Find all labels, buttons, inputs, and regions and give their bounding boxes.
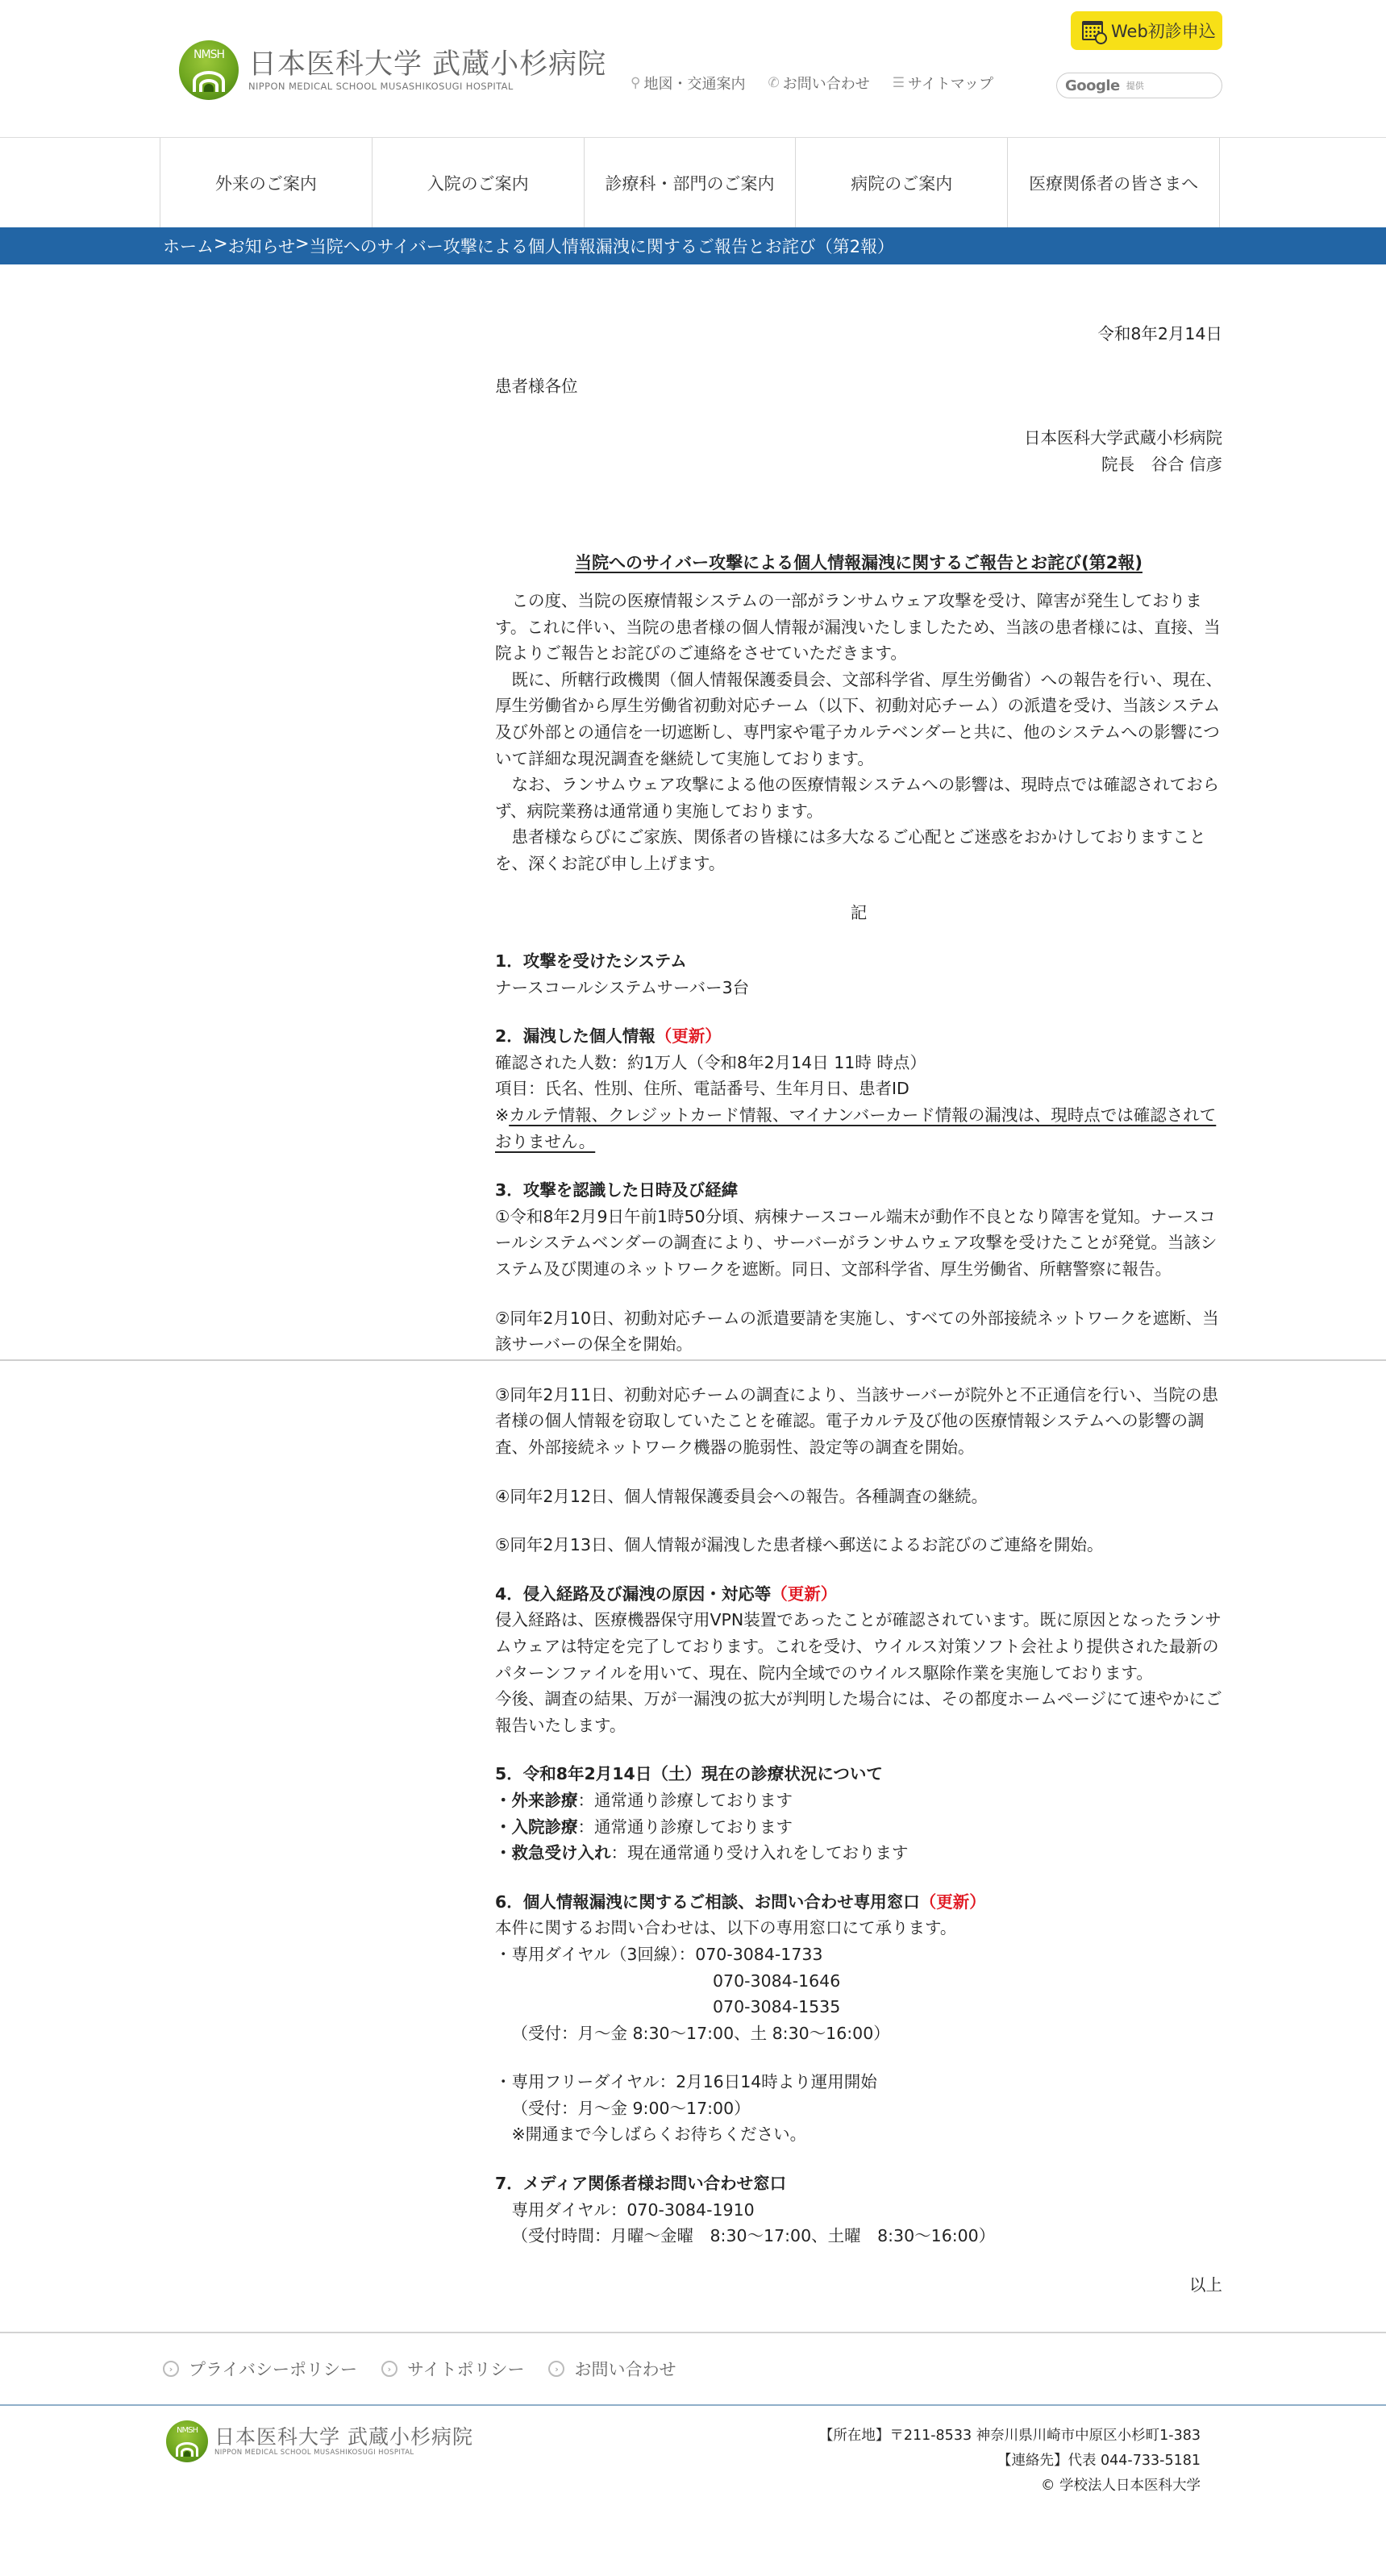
timeline-event: ③同年2月11日、初動対応チームの調査により、当該サーバーが院外と不正通信を行い… [495, 1382, 1222, 1461]
sender-org: 日本医科大学武蔵小杉病院 [495, 425, 1222, 452]
timeline-event: ⑤同年2月13日、個人情報が漏洩した患者様へ郵送によるお詫びのご連絡を開始。 [495, 1532, 1222, 1559]
status-row: ・外来診療：通常通り診療しております [495, 1787, 1222, 1814]
logo-name-en: NIPPON MEDICAL SCHOOL MUSASHIKOSUGI HOSP… [248, 81, 606, 92]
footer-copyright: © 学校法人日本医科大学 [819, 2474, 1201, 2499]
intro-paragraph: 患者様ならびにご家族、関係者の皆様には多大なるご心配とご迷惑をおかけしております… [495, 824, 1222, 876]
dedicated-dial: ・専用ダイヤル（3回線）：070-3084-1733 [495, 1941, 1222, 1968]
notice-content: 令和8年2月14日 患者様各位 日本医科大学武蔵小杉病院 院長 谷合 信彦 当院… [495, 264, 1222, 2298]
closing: 以上 [495, 2272, 1222, 2299]
footer-links: › プライバシーポリシー › サイトポリシー › お問い合わせ [0, 2332, 1386, 2404]
web-first-visit-button[interactable]: Web初診申込 [1071, 11, 1222, 50]
nav-inpatient[interactable]: 入院のご案内 [373, 138, 585, 227]
free-dial: ・専用フリーダイヤル：2月16日14時より運用開始 [495, 2069, 1222, 2095]
site-header: NMSH 日本医科大学 武蔵小杉病院 NIPPON MEDICAL SCHOOL… [0, 0, 1386, 137]
leak-count: 確認された人数：約1万人（令和8年2月14日 11時 時点） [495, 1050, 1222, 1076]
updated-badge: （更新） [656, 1026, 722, 1046]
intro-paragraph: なお、ランサムウェア攻撃による他の医療情報システムへの影響は、現時点では確認され… [495, 772, 1222, 824]
footer-contact-link[interactable]: › お問い合わせ [548, 2357, 676, 2381]
section-4-p2: 今後、調査の結果、万が一漏洩の拡大が判明した場合には、その都度ホームページにて速… [495, 1686, 1222, 1738]
intro-paragraph: 既に、所轄行政機関（個人情報保護委員会、文部科学省、厚生労働省）への報告を行い、… [495, 667, 1222, 772]
section-6-heading: 6．個人情報漏洩に関するご相談、お問い合わせ専用窓口（更新） [495, 1889, 1222, 1916]
section-1-heading: 1．攻撃を受けたシステム [495, 948, 1222, 975]
map-access-link[interactable]: ⚲ 地図・交通案内 [631, 73, 745, 94]
breadcrumb-current: 当院へのサイバー攻撃による個人情報漏洩に関するご報告とお詫び（第2報） [310, 234, 894, 258]
nav-departments[interactable]: 診療科・部門のご案内 [585, 138, 797, 227]
footer-address-block: 【所在地】〒211-8533 神奈川県川崎市中原区小杉町1-383 【連絡先】代… [819, 2424, 1201, 2499]
media-dial: 専用ダイヤル：070-3084-1910 [495, 2197, 1222, 2224]
footer-logo[interactable]: NMSH 日本医科大学 武蔵小杉病院 NIPPON MEDICAL SCHOOL… [166, 2420, 473, 2462]
leak-items: 項目：氏名、性別、住所、電話番号、生年月日、患者ID [495, 1076, 1222, 1102]
media-hours: （受付時間：月曜～金曜 8:30～17:00、土曜 8:30～16:00） [495, 2223, 1222, 2249]
chevron-circle-icon: › [548, 2361, 564, 2377]
leak-note: ※カルテ情報、クレジットカード情報、マイナンバーカード情報の漏洩は、現時点では確… [495, 1102, 1222, 1155]
section-7-heading: 7．メディア関係者様お問い合わせ窓口 [495, 2170, 1222, 2197]
calendar-clock-icon [1082, 21, 1103, 40]
chevron-circle-icon: › [163, 2361, 179, 2377]
map-pin-icon: ⚲ [631, 75, 640, 91]
section-4-heading: 4．侵入経路及び漏洩の原因・対応等（更新） [495, 1581, 1222, 1608]
breadcrumb: ホーム > お知らせ > 当院へのサイバー攻撃による個人情報漏洩に関するご報告と… [0, 227, 1386, 264]
section-3-heading: 3．攻撃を認識した日時及び経緯 [495, 1177, 1222, 1204]
chevron-circle-icon: › [381, 2361, 397, 2377]
section-1-body: ナースコールシステムサーバー3台 [495, 975, 1222, 1001]
global-nav: 外来のご案内 入院のご案内 診療科・部門のご案内 病院のご案内 医療関係者の皆さ… [0, 137, 1386, 227]
site-footer: NMSH 日本医科大学 武蔵小杉病院 NIPPON MEDICAL SCHOOL… [0, 2404, 1386, 2517]
sender-person: 院長 谷合 信彦 [495, 452, 1222, 478]
status-row: ・入院診療：通常通り診療しております [495, 1814, 1222, 1841]
logo-name-jp: 日本医科大学 武蔵小杉病院 [248, 48, 606, 81]
addressee: 患者様各位 [495, 373, 1222, 400]
section-2-heading: 2．漏洩した個人情報（更新） [495, 1023, 1222, 1050]
phone-number: 070-3084-1646 [495, 1968, 1222, 1995]
notice-title: 当院へのサイバー攻撃による個人情報漏洩に関するご報告とお詫び(第2報) [495, 550, 1222, 576]
breadcrumb-home[interactable]: ホーム [163, 234, 214, 258]
notice-date: 令和8年2月14日 [495, 321, 1222, 347]
updated-badge: （更新） [771, 1584, 837, 1604]
phone-number: 070-3084-1733 [695, 1945, 822, 1964]
privacy-policy-link[interactable]: › プライバシーポリシー [163, 2357, 357, 2381]
dial-hours: （受付：月～金 8:30～17:00、土 8:30～16:00） [495, 2020, 1222, 2047]
free-dial-hours: （受付：月～金 9:00～17:00） [495, 2095, 1222, 2122]
intro-paragraph: この度、当院の医療情報システムの一部がランサムウェア攻撃を受け、障害が発生してお… [495, 588, 1222, 667]
hospital-logo[interactable]: NMSH 日本医科大学 武蔵小杉病院 NIPPON MEDICAL SCHOOL… [179, 40, 606, 100]
footer-contact: 【連絡先】代表 044-733-5181 [819, 2449, 1201, 2474]
phone-icon: ✆ [768, 75, 779, 91]
ki-marker: 記 [495, 900, 1222, 926]
nmsh-logo-icon: NMSH [166, 2420, 208, 2462]
timeline-event: ①令和8年2月9日午前1時50分頃、病棟ナースコール端末が動作不良となり障害を覚… [495, 1204, 1222, 1283]
contact-link[interactable]: ✆ お問い合わせ [768, 73, 869, 94]
section-6-intro: 本件に関するお問い合わせは、以下の専用窓口にて承ります。 [495, 1915, 1222, 1941]
status-row: ・救急受け入れ：現在通常通り受け入れをしております [495, 1840, 1222, 1866]
site-search-box[interactable]: Google 提供 [1056, 73, 1222, 98]
breadcrumb-news[interactable]: お知らせ [228, 234, 295, 258]
nav-about-hospital[interactable]: 病院のご案内 [796, 138, 1008, 227]
footer-address: 【所在地】〒211-8533 神奈川県川崎市中原区小杉町1-383 [819, 2424, 1201, 2449]
timeline-event: ②同年2月10日、初動対応チームの派遣要請を実施し、すべての外部接続ネットワーク… [495, 1305, 1222, 1358]
free-dial-note: ※開通まで今しばらくお待ちください。 [495, 2121, 1222, 2148]
list-icon: ☰ [893, 75, 905, 91]
nav-outpatient[interactable]: 外来のご案内 [160, 138, 373, 227]
section-4-p1: 侵入経路は、医療機器保守用VPN装置であったことが確認されています。既に原因とな… [495, 1607, 1222, 1686]
sitemap-link[interactable]: ☰ サイトマップ [893, 73, 993, 94]
nav-medical-professionals[interactable]: 医療関係者の皆さまへ [1008, 138, 1220, 227]
section-5-heading: 5．令和8年2月14日（土）現在の診療状況について [495, 1761, 1222, 1787]
nmsh-logo-icon: NMSH [179, 40, 239, 100]
timeline-event: ④同年2月12日、個人情報保護委員会への報告。各種調査の継続。 [495, 1484, 1222, 1510]
site-policy-link[interactable]: › サイトポリシー [381, 2357, 525, 2381]
utility-links: ⚲ 地図・交通案内 ✆ お問い合わせ ☰ サイトマップ [631, 73, 1016, 94]
page-divider [0, 1359, 1386, 1361]
phone-number: 070-3084-1535 [495, 1994, 1222, 2020]
updated-badge: （更新） [920, 1892, 986, 1912]
